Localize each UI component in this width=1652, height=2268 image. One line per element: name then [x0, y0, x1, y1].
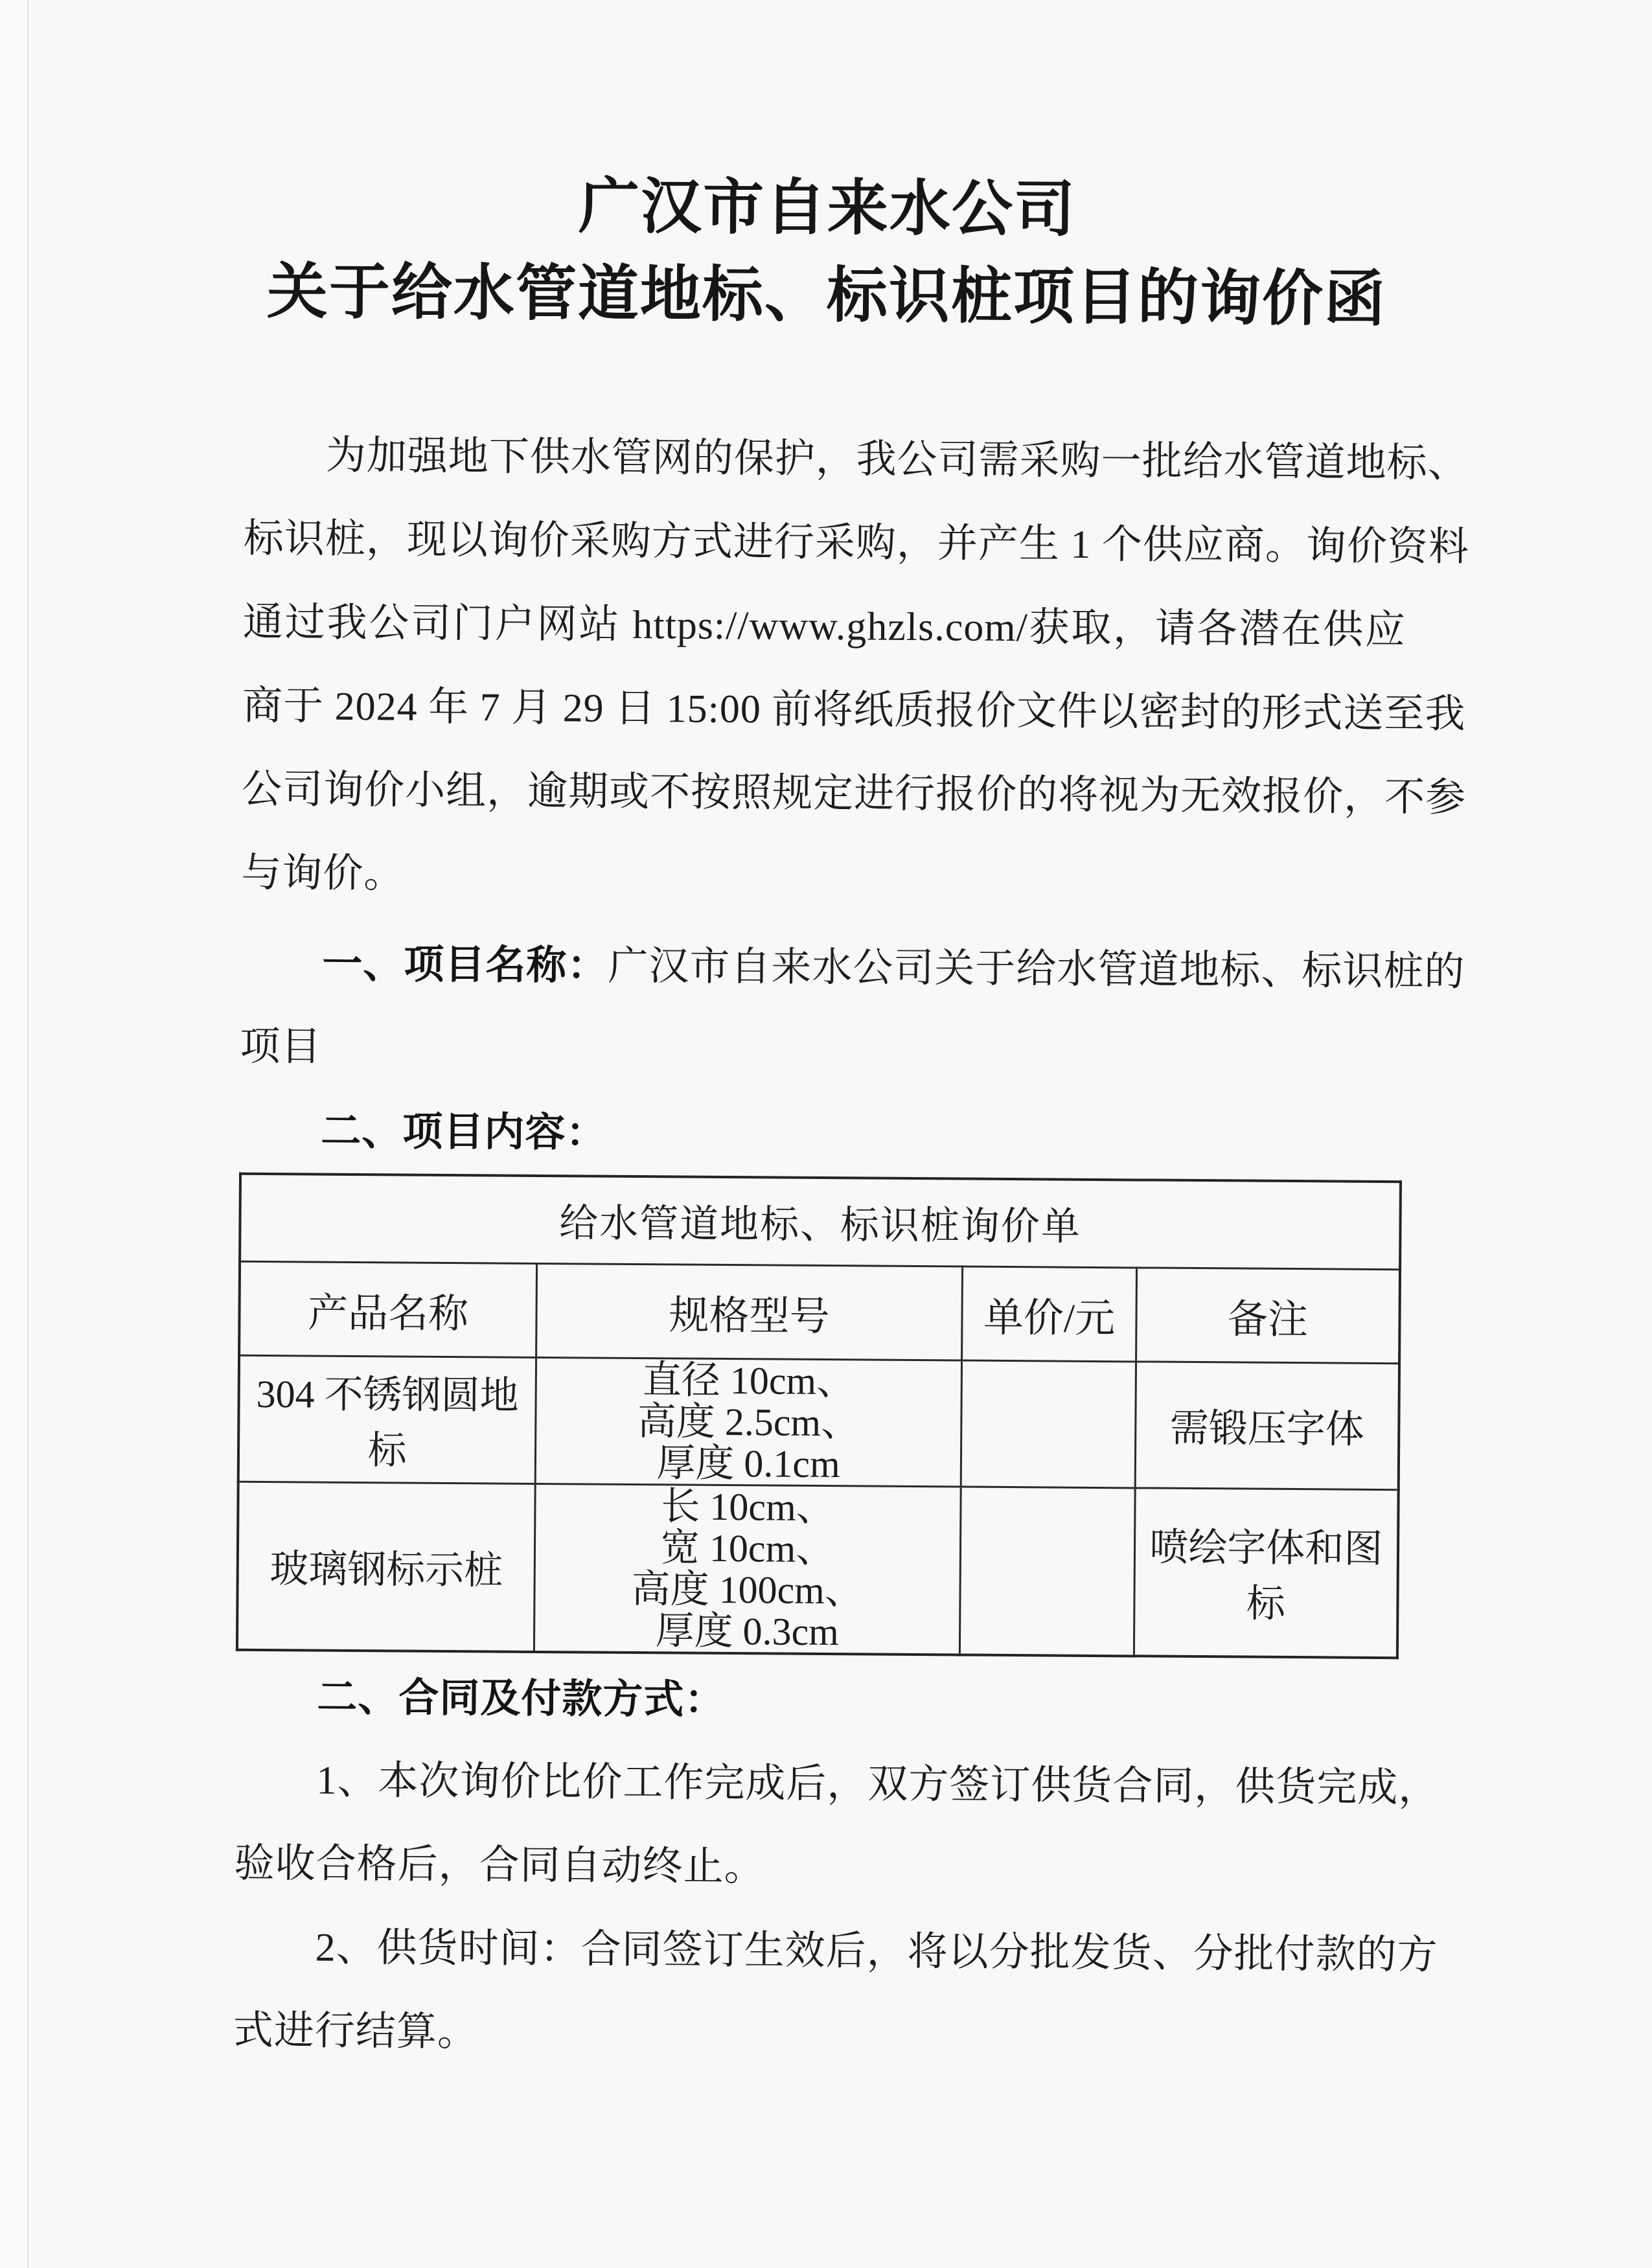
section-project-name-line-1: 一、项目名称：广汉市自来水公司关于给水管道地标、标识桩的 [240, 922, 1404, 1014]
contract-line-2: 验收合格后，合同自动终止。 [234, 1822, 1397, 1914]
product-name-cell: 玻璃钢标示桩 [237, 1482, 535, 1652]
section-project-content-label: 二、项目内容： [321, 1109, 606, 1156]
spec-line: 长 10cm、 [536, 1485, 960, 1529]
header-product-name: 产品名称 [239, 1261, 536, 1357]
spec-line: 高度 100cm、 [535, 1568, 959, 1612]
section-project-content: 二、项目内容： [239, 1089, 1403, 1181]
spec-cell: 直径 10cm、 高度 2.5cm、 厚度 0.1cm [535, 1357, 962, 1487]
product-name-cell: 304 不锈钢圆地标 [238, 1355, 536, 1483]
document-content: 广汉市自来水公司 关于给水管道地标、标识桩项目的询价函 为加强地下供水管网的保护… [233, 0, 1410, 2081]
intro-line-1: 为加强地下供水管网的保护，我公司需采购一批给水管道地标、 [244, 414, 1407, 506]
header-remark: 备注 [1136, 1268, 1400, 1364]
intro-line-3: 通过我公司门户网站 https://www.ghzls.com/获取，请各潜在供… [243, 581, 1406, 673]
section-project-name: 一、项目名称：广汉市自来水公司关于给水管道地标、标识桩的 项目 [240, 922, 1404, 1097]
intro-line-5: 公司询价小组，逾期或不按照规定进行报价的将视为无效报价，不参 [242, 748, 1405, 840]
intro-paragraph: 为加强地下供水管网的保护，我公司需采购一批给水管道地标、 标识桩，现以询价采购方… [241, 414, 1407, 924]
unit-price-cell [960, 1487, 1135, 1656]
spec-line: 宽 10cm、 [536, 1526, 960, 1571]
table-title: 给水管道地标、标识桩询价单 [240, 1174, 1401, 1270]
section-project-name-text: 广汉市自来水公司关于给水管道地标、标识桩的 [608, 945, 1465, 994]
header-spec-model: 规格型号 [536, 1263, 963, 1360]
section-project-name-label: 一、项目名称： [322, 942, 608, 989]
contract-line-3: 2、供货时间：合同签订生效后，将以分批发货、分批付款的方 [233, 1906, 1397, 1998]
section-contract: 二、合同及付款方式： 1、本次询价比价工作完成后，双方签订供货合同，供货完成， … [233, 1655, 1398, 2081]
unit-price-cell [961, 1360, 1136, 1488]
section-contract-label: 二、合同及付款方式： [317, 1675, 725, 1723]
inquiry-table-wrapper: 给水管道地标、标识桩询价单 产品名称 规格型号 单价/元 备注 304 不锈钢圆… [236, 1173, 1402, 1660]
document-title-line-1: 广汉市自来水公司 [246, 160, 1409, 256]
spec-line: 直径 10cm、 [537, 1358, 961, 1403]
contract-line-1: 1、本次询价比价工作完成后，双方签订供货合同，供货完成， [235, 1739, 1398, 1831]
spec-line: 厚度 0.3cm [535, 1609, 959, 1654]
table-title-row: 给水管道地标、标识桩询价单 [240, 1174, 1401, 1270]
inquiry-table: 给水管道地标、标识桩询价单 产品名称 规格型号 单价/元 备注 304 不锈钢圆… [236, 1173, 1402, 1660]
table-row: 304 不锈钢圆地标 直径 10cm、 高度 2.5cm、 厚度 0.1cm 需… [238, 1355, 1399, 1489]
intro-line-6: 与询价。 [241, 832, 1405, 924]
table-row: 玻璃钢标示桩 长 10cm、 宽 10cm、 高度 100cm、 厚度 0.3c… [237, 1482, 1399, 1658]
spec-cell: 长 10cm、 宽 10cm、 高度 100cm、 厚度 0.3cm [534, 1483, 961, 1655]
intro-line-4: 商于 2024 年 7 月 29 日 15:00 前将纸质报价文件以密封的形式送… [242, 665, 1406, 757]
spec-line: 厚度 0.1cm [536, 1441, 961, 1486]
scanned-page: 广汉市自来水公司 关于给水管道地标、标识桩项目的询价函 为加强地下供水管网的保护… [0, 0, 1652, 2268]
header-unit-price: 单价/元 [962, 1266, 1137, 1362]
document-title: 广汉市自来水公司 关于给水管道地标、标识桩项目的询价函 [245, 160, 1409, 343]
remark-cell: 喷绘字体和图标 [1134, 1488, 1398, 1658]
document-title-line-2: 关于给水管道地标、标识桩项目的询价函 [245, 247, 1408, 343]
spec-line: 高度 2.5cm、 [536, 1400, 961, 1445]
intro-line-2: 标识桩，现以询价采购方式进行采购，并产生 1 个供应商。询价资料 [243, 498, 1406, 590]
page-edge-shadow [0, 0, 29, 2268]
section-project-name-line-2: 项目 [240, 1005, 1403, 1097]
contract-line-4: 式进行结算。 [233, 1989, 1396, 2081]
remark-cell: 需锻压字体 [1135, 1362, 1399, 1490]
table-header-row: 产品名称 规格型号 单价/元 备注 [239, 1261, 1400, 1364]
